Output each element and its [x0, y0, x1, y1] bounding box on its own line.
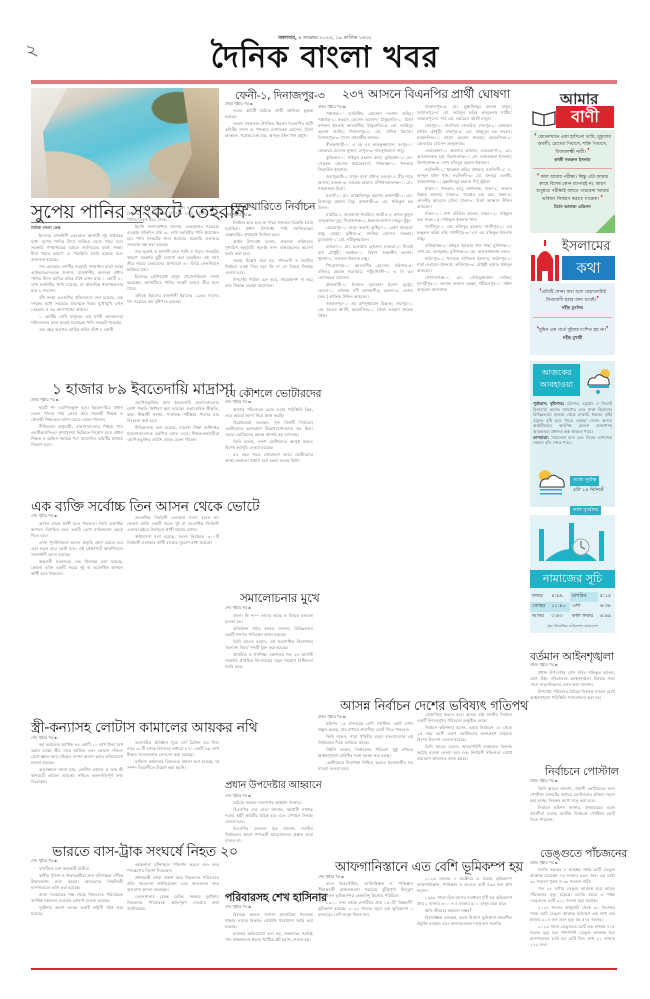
continued-postal: প্রথম পৃষ্ঠার পর ►	[530, 778, 558, 785]
dengue-body: চলতি বছরের ৪ নভেম্বর পর্যন্ত মোট ডেঙ্গু …	[530, 867, 615, 965]
afghan-col2: ২০২৩ সালের ৭ অক্টোবর ৬ মাত্রার ভূমিকম্পে…	[417, 876, 512, 963]
cloud-rain-sun-icon	[584, 365, 614, 395]
sunset-time: ৫টা ১৪ মিনিটে	[570, 486, 606, 496]
amar-bani-box: ❛ কোনোখানে একা হাসিনো তারি, মুকুলের অবলী…	[530, 130, 615, 233]
sunset-label: আজ সূর্যাস্ত	[570, 476, 599, 486]
bottom-divider	[31, 968, 617, 970]
continued-lotus: শেষ পৃষ্ঠার পর ►	[31, 735, 58, 742]
afghan-col1: ফলে উত্তরপশ্চিম, তাজিকিস্তান ও পাকিস্তান…	[318, 881, 413, 963]
prayer-source: সূত্র: ইসলামিক ফাউন্ডেশন বাংলাদেশ	[530, 624, 615, 630]
february-body: নির্বাচন কবে হবে তা নিয়ে জনমনে বিভ্রান্…	[225, 220, 313, 382]
continued-future: প্রথম পৃষ্ঠার পর ►	[318, 714, 346, 721]
hadith-2: ❛মুমিন এক গর্তে দুইবার দংশিত হয় না।❜সহী…	[530, 320, 615, 348]
postal-body: তিনি আরও জানান, প্রবাসী ভোটারদের জন্য পো…	[530, 786, 615, 842]
book-icon	[532, 108, 556, 126]
india-bus-col1: বাসটিতে বেশ কয়েকটি যাত্রীর।স্থানীয় পুল…	[31, 866, 123, 962]
continued-madrasa: প্রথম পৃষ্ঠার পর ►	[31, 397, 59, 404]
islamer-kotha-box: ❛প্রতিটি শোনা কথা বলে বেড়ানোটাই মিথ্যাব…	[530, 283, 615, 355]
headline-india-bus[interactable]: ভারতে বাস-ট্রাক সংঘর্ষে নিহত ২০	[52, 840, 238, 864]
continued-afghan: শেষ পৃষ্ঠার পর ►	[318, 874, 345, 881]
continued-law-order: প্রথম পৃষ্ঠার পর ►	[530, 662, 558, 669]
amar-bani-title-bottom: বাণী	[556, 106, 614, 128]
criticism-body: বাংলা কি না— তাদের কাছে এ বিষয়ে মতামত চ…	[225, 613, 313, 768]
voters-body: আগের পাঁচবারের চেয়ে এবার পরিস্থিতি ভিন্…	[225, 407, 313, 587]
mosque-clock-icon	[535, 521, 610, 561]
hadith-divider	[533, 317, 612, 318]
continued-criticism: শেষ পৃষ্ঠার পর ►	[225, 605, 252, 612]
tehran-col2: ৩০ লাখ ঘনমিটার পানি ছিল বলে জানান তিনি। …	[127, 205, 219, 343]
future-col2: মোকাবিলা করতে হবে। আমরা চাই জাতীয় নির্ব…	[417, 712, 512, 822]
continued-india-bus: শেষ পৃষ্ঠার পর ►	[31, 858, 58, 865]
mosque-icon	[530, 237, 560, 283]
continued-feni: প্রথম পৃষ্ঠার পর ►	[225, 101, 253, 108]
hasina-body: বিচারক আরও জানান আসামিরা পলাতক থাকায় তা…	[225, 912, 313, 962]
continued-dengue: প্রথম পৃষ্ঠার পর ►	[530, 860, 558, 867]
quote-1-author: কাজী নজরুল ইসলাম	[554, 157, 590, 162]
quote-mark-icon: ❜	[587, 147, 589, 155]
quote-mark-icon: ❛	[534, 132, 536, 140]
prayer-box: নামাজের সূচি ফজর৪:৪৯মাগরিব৫:১৫ জোহর১১:৪০…	[530, 515, 615, 633]
india-bus-col2: কর্মকর্তারা ঘটনাস্থলে পরিদর্শন করেন এবং …	[127, 862, 219, 962]
cloud-sun-icon	[534, 465, 568, 499]
prayer-row: জোহর১১:৪০এশা৬:৩৮	[530, 602, 615, 612]
one-person-col1: আসন থেকে প্রার্থী হতে পারবেন। তিনি একাধি…	[31, 521, 123, 611]
continued-hasina: শেষ পৃষ্ঠার পর ►	[225, 904, 252, 911]
headline-bnp-237[interactable]: ২৩৭ আসনে বিএনপির প্রার্থী ঘোষণা	[342, 86, 510, 106]
future-col1: কমিশন ১৬ হাজারের বেশি পোস্টাল ভোট এখন প্…	[318, 721, 413, 821]
continued-voters: শেষ পৃষ্ঠার পর ►	[225, 399, 252, 406]
top-divider	[31, 80, 617, 84]
lotus-col2: ব্যবসায়িক প্রতিষ্ঠান সুলে সোঁ ব্রিজিং এ…	[127, 740, 219, 834]
continued-february: শেষ পৃষ্ঠার পর ►	[225, 212, 252, 219]
continued-advisor: শেষ পৃষ্ঠার পর ►	[225, 793, 252, 800]
bnp-col1: পঞ্চগড়-১: ব্যারিস্টার মোহাম্মদ নওশাদ জম…	[318, 111, 413, 589]
advisor-body: বৈঠকে সরকার সংলাপের আহ্বান জানায়।বিএনপি…	[225, 800, 313, 885]
bnp-col2: জামালপুর-৩: মো. মুস্তাফিজুর রহমান বাবুল;…	[417, 104, 512, 589]
law-order-body: প্রধান উপদেষ্টার প্রেস সচিব শফিকুল আলম, …	[530, 670, 615, 738]
continued-one-person: শেষ পৃষ্ঠার পর ►	[31, 513, 58, 520]
prayer-row: ফজর৪:৪৯মাগরিব৫:১৫	[530, 592, 615, 602]
madrasa-col1: ছয়টি পদ এমপিওভুক্ত হবে। ইবতেদায়ির প্রধ…	[31, 405, 123, 471]
islamer-kotha-title-bottom: কথা	[562, 256, 615, 280]
weather-forecast: পূর্বাভাস: বৃষ্টিপাত: বরিশাল, চট্টগ্রাম …	[533, 401, 612, 449]
feni-body: দলের কমিটি বৈঠকে প্রার্থী তালিকা চূড়ান্…	[225, 108, 313, 198]
continued-bnp: প্রথম পৃষ্ঠার পর ►	[318, 104, 346, 111]
weather-title: আজকেরআবহাওয়া	[533, 364, 580, 396]
weather-box: আজকেরআবহাওয়া পূর্বাভাস: বৃষ্টিপাত: বরিশ…	[530, 361, 615, 507]
prayer-row: আসর৩:৪৩কাল ফজর৪:৪৯	[530, 612, 615, 622]
headline-lotus[interactable]: স্ত্রী-কন্যাসহ লোটাস কামালের আয়কর নথি	[31, 716, 258, 740]
hadith-1: ❛প্রতিটি শোনা কথা বলে বেড়ানোটাই মিথ্যাব…	[530, 283, 615, 315]
islamer-kotha-logo: ইসলামের কথা	[530, 237, 615, 283]
quote-1: ❛ কোনোখানে একা হাসিনো তারি, মুকুলের অবলী…	[530, 130, 615, 166]
tehran-col1: ইরানের রাজধানী তেহরানে আগামী দুই সপ্তাহে…	[31, 233, 123, 343]
quote-2-author: টমাস আলভা এডিসন	[554, 204, 591, 209]
lotus-col1: কর অঞ্চলের আর্থিক ৪৫ কোটি ১১ লাখ টাকা বৈ…	[31, 742, 123, 834]
masthead-title: দৈনিক বাংলা খবর	[0, 40, 650, 76]
islamer-kotha-title-top: ইসলামের	[562, 237, 610, 258]
prayer-times-table: ফজর৪:৪৯মাগরিব৫:১৫ জোহর১১:৪০এশা৬:৩৮ আসর৩:…	[530, 592, 615, 622]
byline-tehran: দৈনিক বাংলা ডেস্ক	[31, 225, 61, 232]
one-person-col2: ততোধিক নির্বাচনী এলাকার সদস্য হবেন না। ক…	[127, 515, 219, 611]
page-curl-icon	[595, 215, 615, 233]
quote-2: ❛ কাল আমার পরীক্ষা। কিন্তু এটা আমার কাছে…	[530, 171, 615, 213]
quote-divider	[533, 168, 612, 169]
prayer-title: নামাজের সূচি	[530, 570, 615, 588]
amar-bani-logo: আমার বাণী	[530, 88, 615, 130]
river-photo	[31, 88, 219, 198]
madrasa-col2: এমপিওভুক্তির জন্য ইবতেদায়ি মাদ্রাসাগুলো…	[127, 400, 219, 471]
